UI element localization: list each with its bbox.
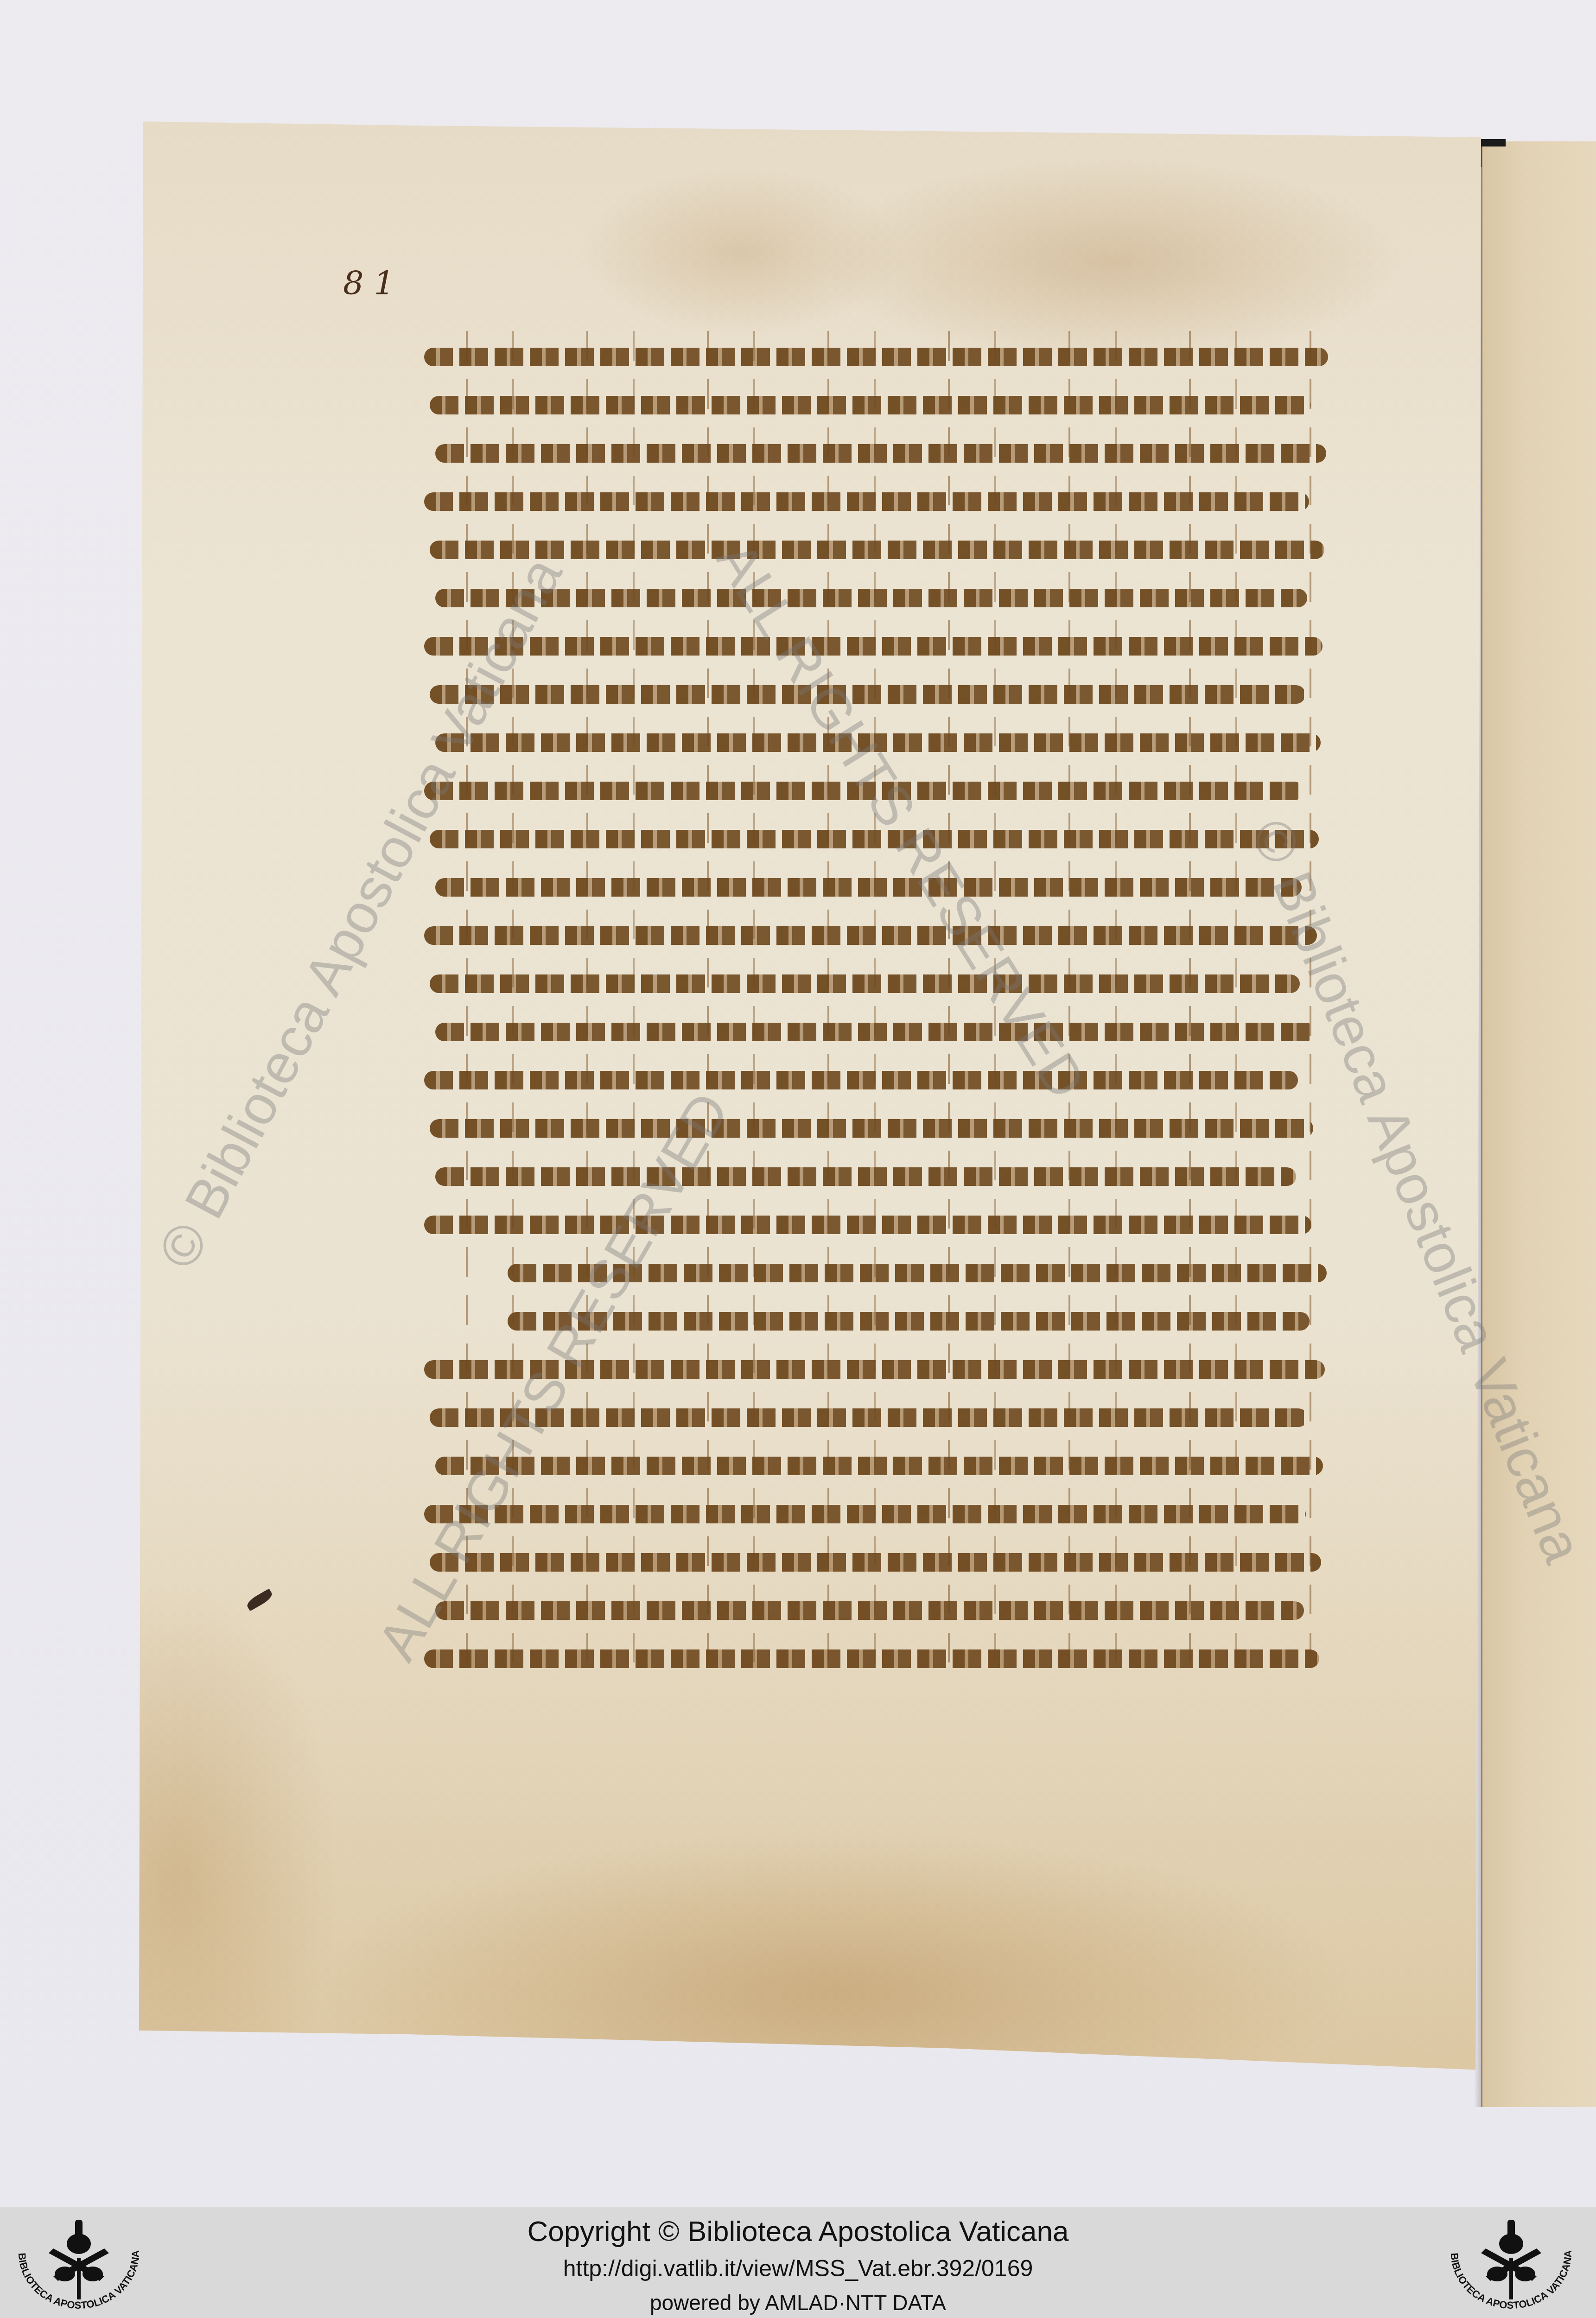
manuscript-line: [handwritten Hebrew cursive line] [424,430,1328,478]
manuscript-line: [handwritten Hebrew cursive line] [424,382,1328,430]
handwriting-stroke [424,1505,1306,1523]
handwriting-stroke [435,1167,1296,1186]
manuscript-line: [handwritten Hebrew cursive line] [424,527,1328,575]
manuscript-line: [handwritten Hebrew cursive line] [424,1202,1328,1250]
source-url[interactable]: http://digi.vatlib.it/view/MSS_Vat.ebr.3… [0,2255,1596,2282]
handwriting-stroke [430,974,1300,993]
handwriting-stroke [508,1312,1310,1331]
copyright-footer: Copyright © Biblioteca Apostolica Vatica… [0,2207,1596,2318]
handwriting-stroke [430,396,1311,414]
manuscript-line: [handwritten Hebrew cursive line] [424,1491,1328,1539]
handwriting-stroke [435,1457,1323,1475]
folio-number: 81 [343,264,405,302]
vatican-library-seal-icon: BIBLIOTECA APOSTOLICA VATICANA [1437,2211,1585,2313]
handwriting-stroke [435,1023,1315,1041]
handwriting-stroke [424,1071,1298,1089]
manuscript-line: [handwritten Hebrew cursive line] [424,1250,1328,1298]
manuscript-line: [handwritten Hebrew cursive line] [424,1009,1328,1057]
manuscript-line: [handwritten Hebrew cursive line] [424,1443,1328,1491]
handwriting-stroke [430,685,1305,704]
powered-by-text: powered by AMLAD·NTT DATA [0,2290,1596,2315]
handwriting-stroke [435,444,1326,463]
vatican-library-seal-icon: BIBLIOTECA APOSTOLICA VATICANA [5,2211,153,2313]
handwriting-stroke [424,492,1309,511]
handwriting-stroke [424,637,1323,656]
handwriting-stroke [430,1553,1321,1572]
next-folio-edge [1481,141,1596,2107]
manuscript-line: [handwritten Hebrew cursive line] [424,334,1328,382]
manuscript-line: [handwritten Hebrew cursive line] [424,1636,1328,1684]
handwriting-stroke [435,878,1302,897]
manuscript-line: [handwritten Hebrew cursive line] [424,1539,1328,1587]
manuscript-line: [handwritten Hebrew cursive line] [424,1057,1328,1105]
manuscript-line: [handwritten Hebrew cursive line] [424,1153,1328,1202]
copyright-text: Copyright © Biblioteca Apostolica Vatica… [0,2215,1596,2248]
handwriting-stroke [430,1119,1313,1138]
manuscript-line: [handwritten Hebrew cursive line] [424,623,1328,671]
manuscript-line: [handwritten Hebrew cursive line] [424,912,1328,961]
manuscript-line: [handwritten Hebrew cursive line] [424,478,1328,527]
manuscript-text-block: [handwritten Hebrew cursive line][handwr… [424,334,1328,1684]
handwriting-stroke [424,348,1328,366]
manuscript-line: [handwritten Hebrew cursive line] [424,1105,1328,1153]
manuscript-line: [handwritten Hebrew cursive line] [424,671,1328,720]
handwriting-stroke [424,1649,1319,1668]
manuscript-line: [handwritten Hebrew cursive line] [424,961,1328,1009]
handwriting-stroke [430,541,1324,559]
manuscript-line: [handwritten Hebrew cursive line] [424,1587,1328,1636]
handwriting-stroke [424,926,1317,945]
handwriting-stroke [435,1601,1304,1620]
handwriting-stroke [424,1216,1311,1234]
manuscript-line: [handwritten Hebrew cursive line] [424,864,1328,912]
